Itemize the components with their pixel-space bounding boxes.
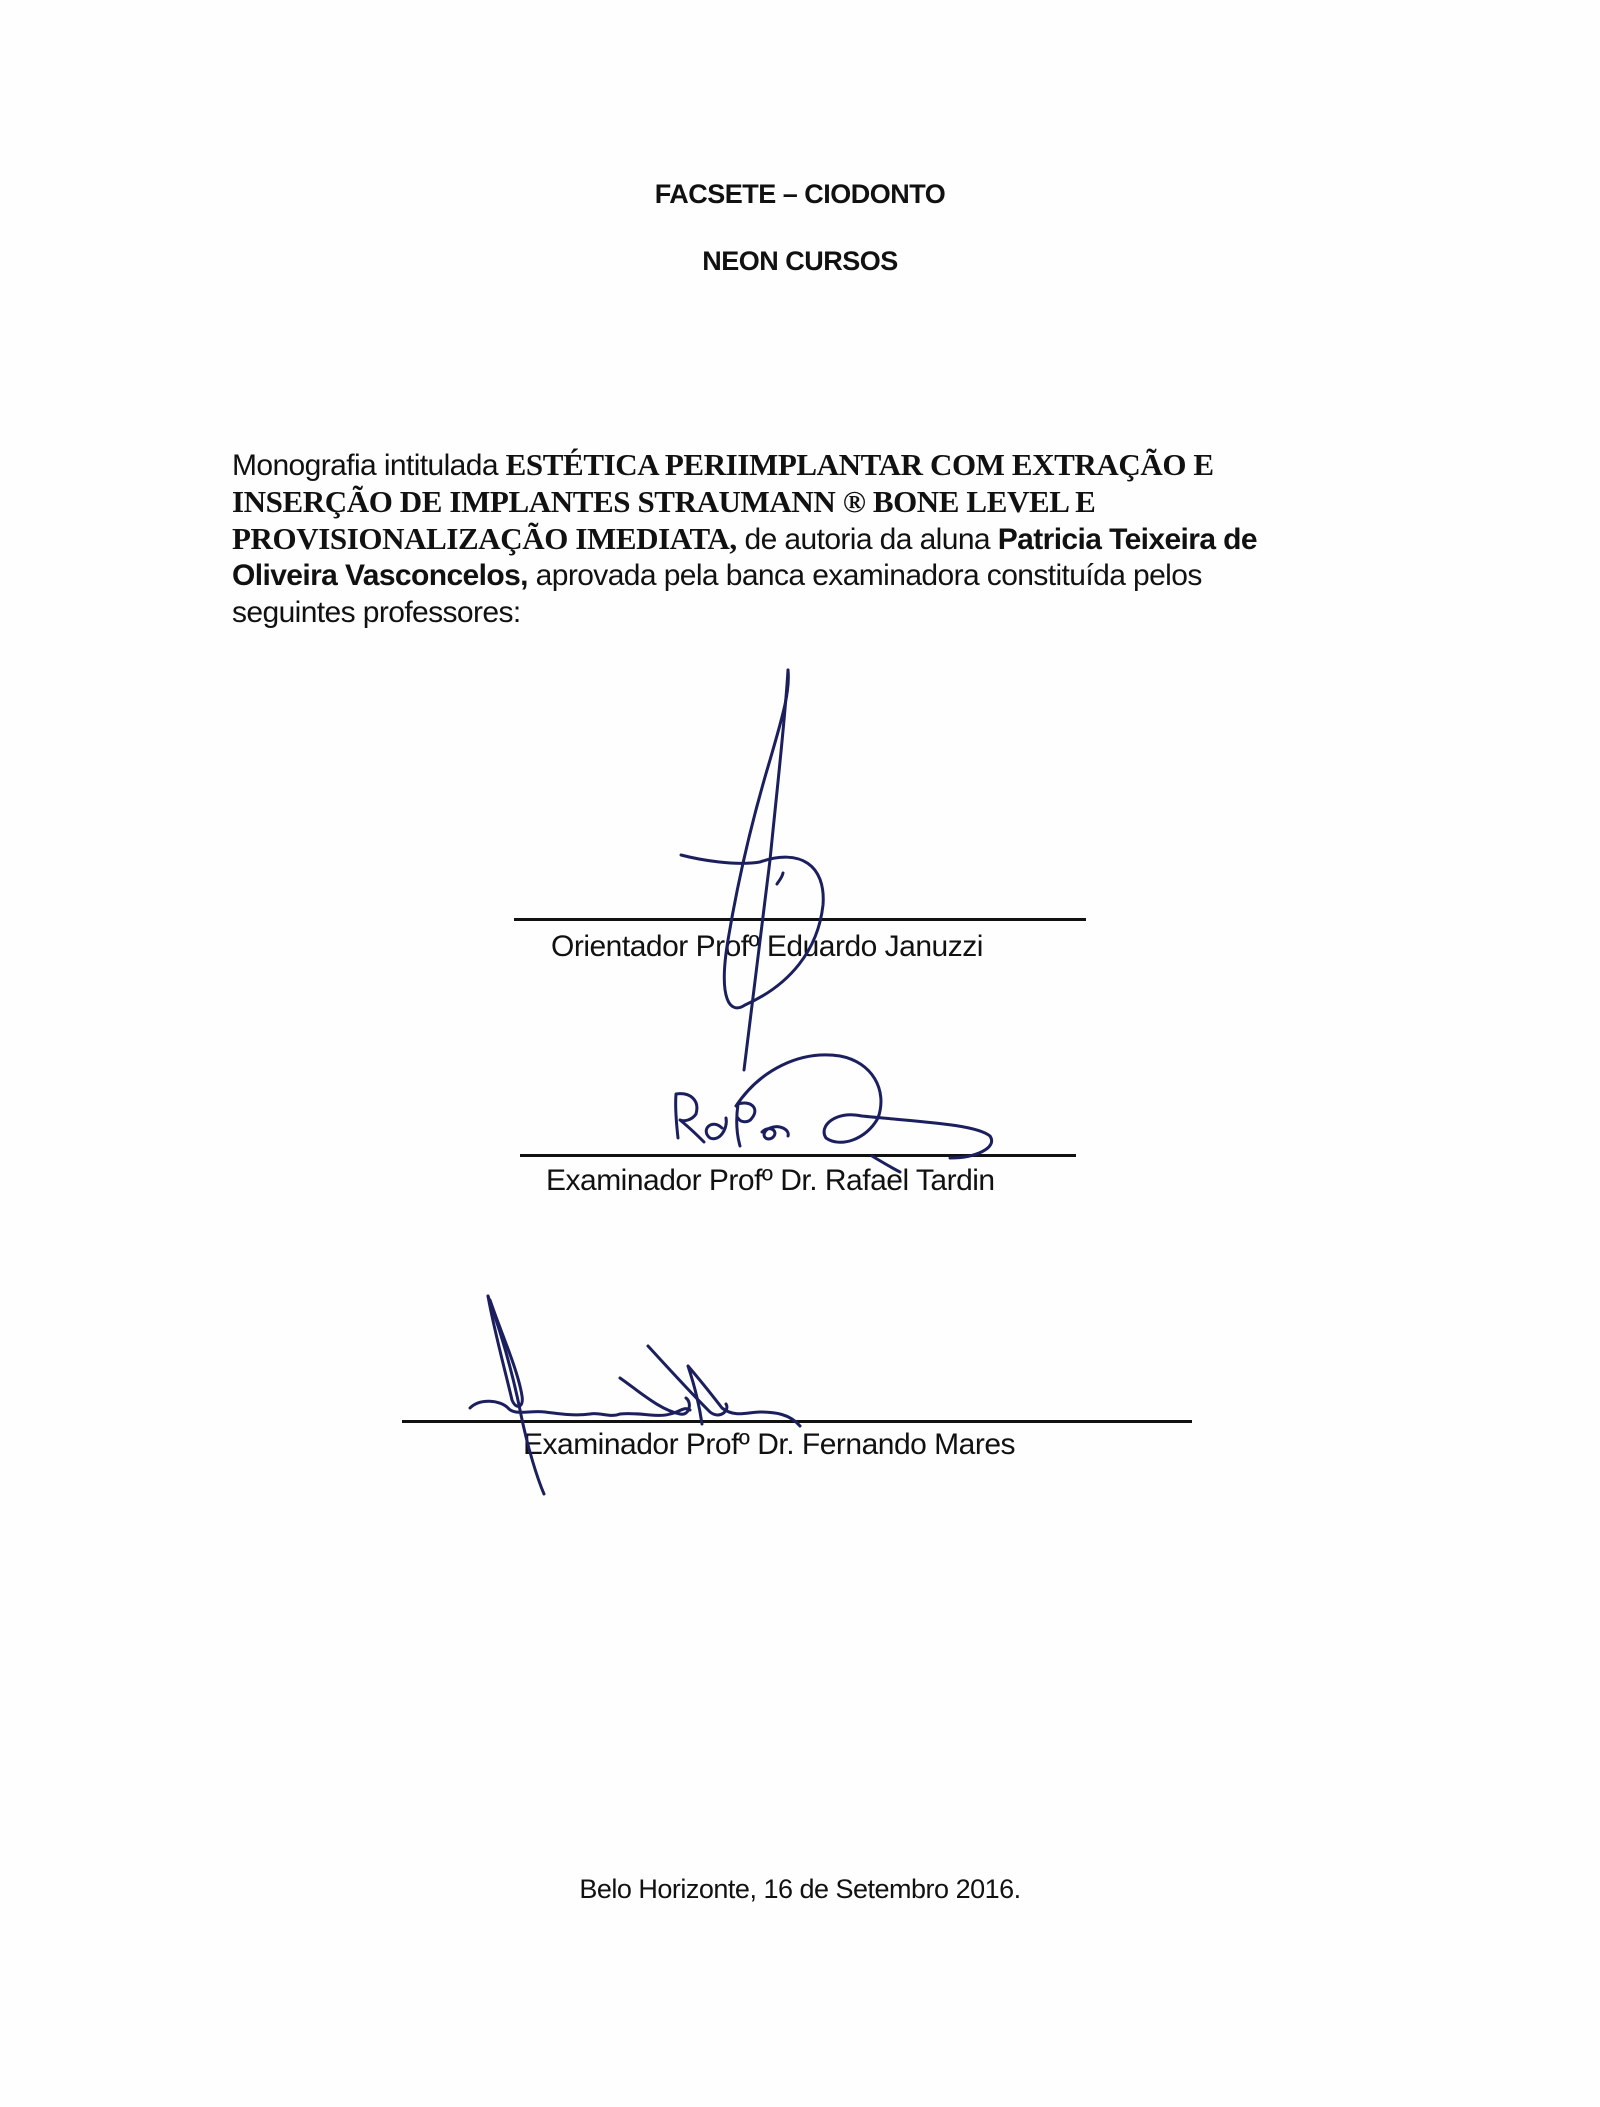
thesis-title-part: PROVISIONALIZAÇÃO IMEDIATA, — [232, 521, 737, 556]
examiner-2-label: Examinador Profº Dr. Fernando Mares — [523, 1428, 1015, 1462]
approval-text: Monografia intitulada — [232, 449, 506, 482]
approval-text: aprovada pela banca examinadora constitu… — [528, 559, 1202, 592]
course-provider-heading: NEON CURSOS — [0, 246, 1600, 277]
approval-line-4: Oliveira Vasconcelos, aprovada pela banc… — [232, 557, 1372, 594]
advisor-label: Orientador Profº Eduardo Januzzi — [551, 930, 983, 964]
approval-line-3: PROVISIONALIZAÇÃO IMEDIATA, de autoria d… — [232, 520, 1372, 557]
document-page: FACSETE – CIODONTO NEON CURSOS Monografi… — [0, 0, 1600, 2107]
thesis-title-part: ESTÉTICA PERIIMPLANTAR COM EXTRAÇÃO E — [506, 447, 1214, 482]
signature-line-examiner-1 — [520, 1154, 1076, 1157]
institution-heading: FACSETE – CIODONTO — [0, 179, 1600, 210]
approval-text: seguintes professores: — [232, 596, 521, 629]
approval-line-1: Monografia intitulada ESTÉTICA PERIIMPLA… — [232, 446, 1372, 483]
student-name-part: Oliveira Vasconcelos, — [232, 559, 528, 592]
signature-eduardo-januzzi — [681, 670, 823, 1070]
signature-line-advisor — [514, 918, 1086, 921]
signature-fernando-mares — [470, 1296, 800, 1494]
signature-line-examiner-2 — [402, 1420, 1192, 1423]
approval-line-5: seguintes professores: — [232, 594, 1372, 631]
student-name-part: Patricia Teixeira de — [998, 523, 1257, 556]
handwritten-signatures — [0, 0, 1600, 2107]
examiner-1-label: Examinador Profº Dr. Rafael Tardin — [546, 1164, 995, 1198]
place-and-date: Belo Horizonte, 16 de Setembro 2016. — [0, 1874, 1600, 1905]
approval-line-2: INSERÇÃO DE IMPLANTES STRAUMANN ® BONE L… — [232, 483, 1372, 520]
approval-text: de autoria da aluna — [737, 523, 998, 556]
approval-paragraph: Monografia intitulada ESTÉTICA PERIIMPLA… — [232, 446, 1372, 631]
thesis-title-part: INSERÇÃO DE IMPLANTES STRAUMANN ® BONE L… — [232, 484, 1095, 519]
